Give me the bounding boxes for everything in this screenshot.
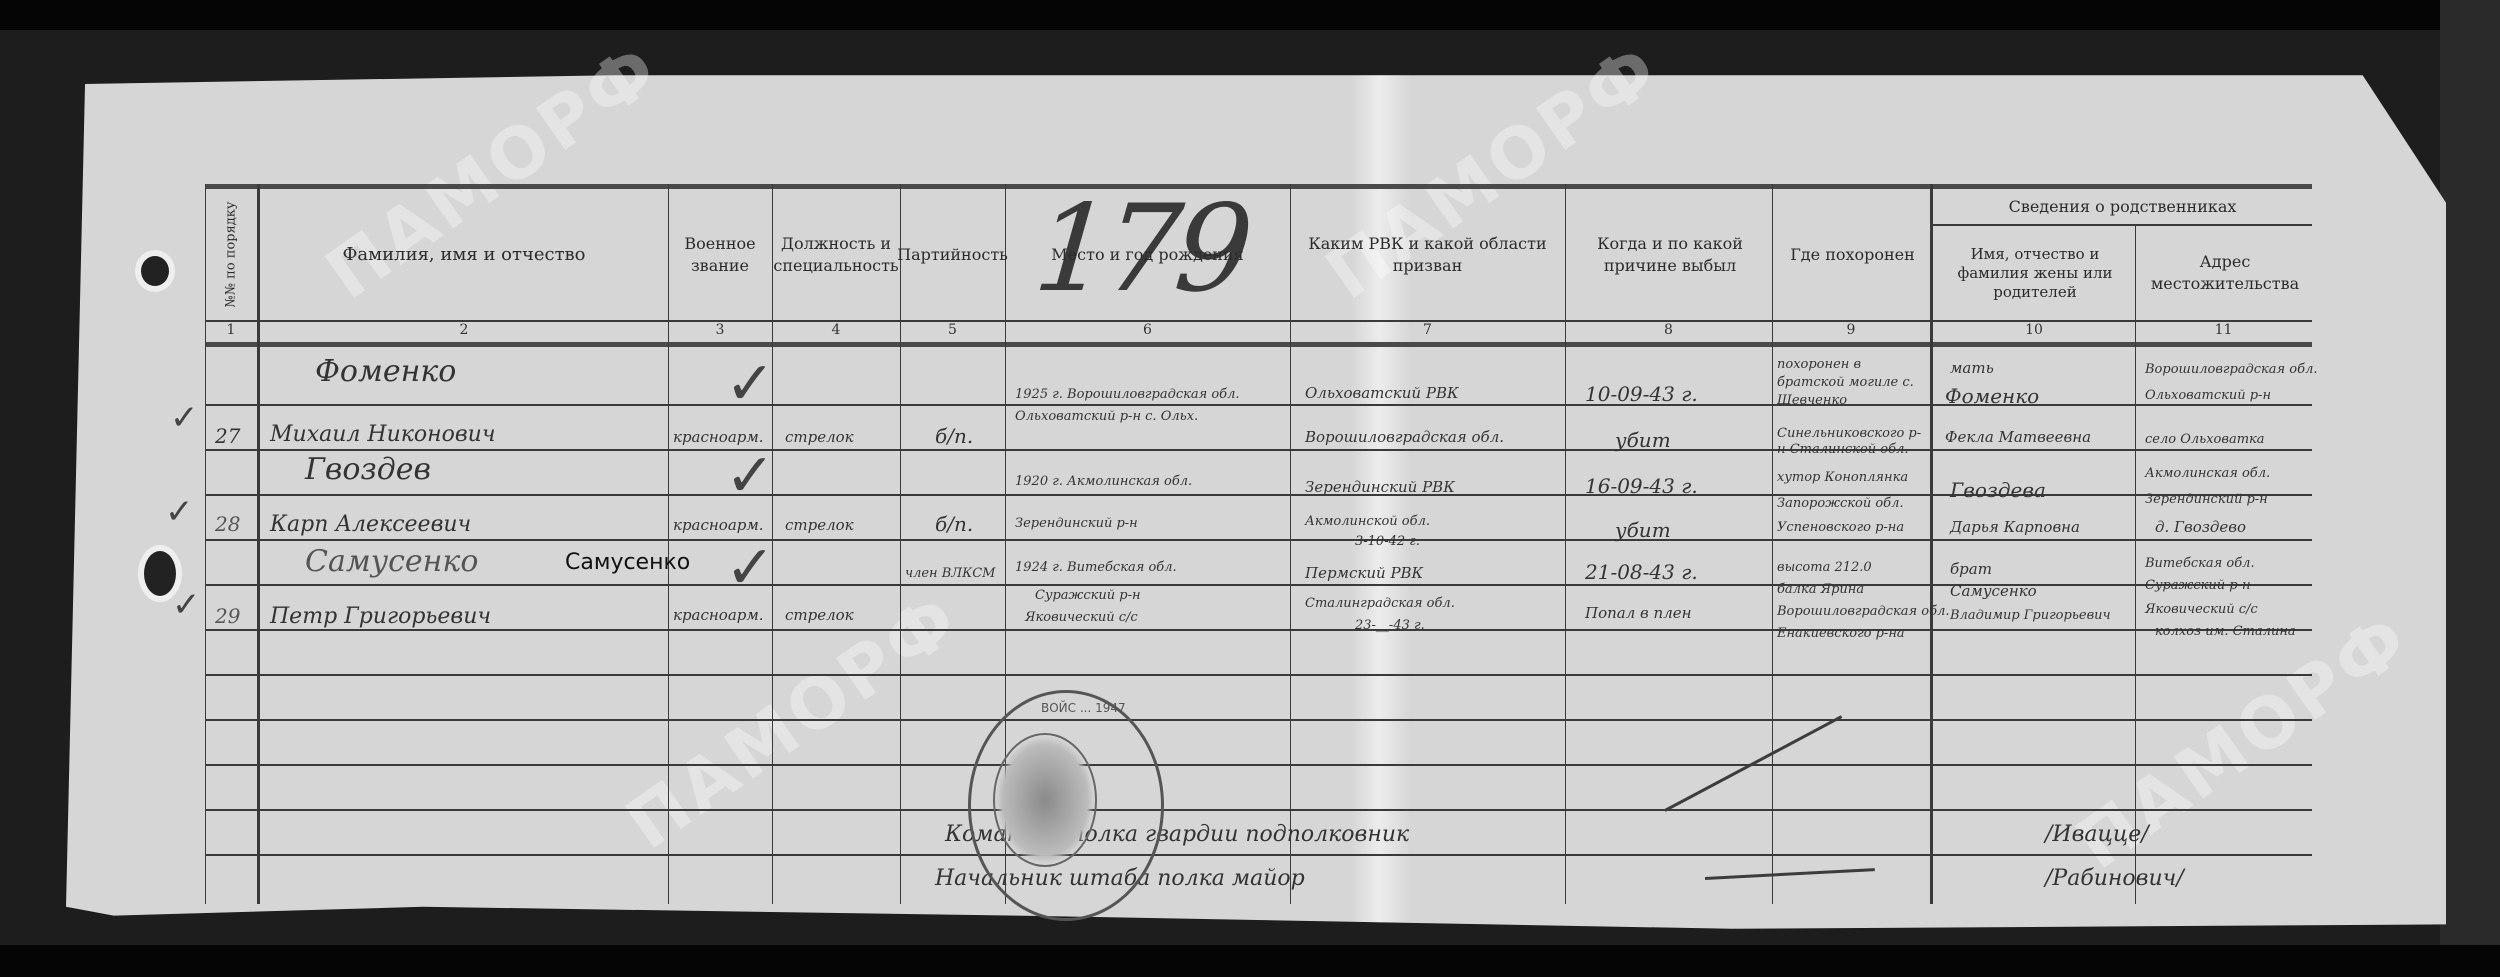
row-rule [205, 809, 2312, 811]
surname: Самусенко [305, 544, 478, 579]
stamp-text: ВОЙС ... 1947 [1041, 701, 1126, 715]
scan-background-right [2440, 0, 2500, 977]
scan-background-bottom [0, 945, 2500, 977]
header-col-6: Место и год рождения [1005, 189, 1290, 320]
col-number: 1 [205, 322, 257, 338]
burial-place-4: Енакиевского р-на [1777, 626, 1905, 641]
col-number: 5 [900, 322, 1005, 338]
burial-place-3: Успеновского р-на [1777, 520, 1904, 535]
position: стрелок [785, 606, 854, 624]
check-mark-icon: ✓ [725, 354, 775, 414]
surname: Гвоздев [305, 452, 431, 487]
relative-name: Дарья Карповна [1950, 518, 2080, 536]
position: стрелок [785, 516, 854, 534]
rvk: Пермский РВК [1305, 564, 1423, 582]
row-rule [205, 719, 2312, 721]
personnel-table: №№ по порядку Фамилия, имя и отчество Во… [205, 184, 2312, 924]
row-number: 27 [215, 424, 240, 448]
chief-signature [1705, 868, 1875, 880]
full-name: Петр Григорьевич [270, 604, 491, 629]
margin-check-icon: ✓ [172, 585, 201, 625]
header-col-9: Где похоронен [1785, 189, 1920, 320]
address-2: Ольховатский р-н [2145, 388, 2271, 403]
header-col-10: Имя, отчество и фамилия жены или родител… [1945, 226, 2125, 320]
col-number: 3 [668, 322, 772, 338]
burial-place: похоронен в братской могиле с. Шевченко [1777, 356, 1927, 410]
check-mark-icon: ✓ [725, 446, 775, 506]
address-3: село Ольховатка [2145, 432, 2265, 447]
birth-place: 1925 г. Ворошиловградская обл. Ольховатс… [1015, 384, 1285, 428]
address-3: Яковический с/с [2145, 602, 2258, 617]
left-reason: Попал в плен [1585, 604, 1692, 622]
relative-surname: Фоменко [1945, 384, 2039, 408]
left-date: 10-09-43 г. [1585, 382, 1698, 406]
col-number: 9 [1772, 322, 1930, 338]
margin-check-icon: ✓ [165, 492, 194, 532]
relative-name: Фекла Матвеевна [1945, 428, 2091, 446]
rvk: Зерендинский РВК [1305, 478, 1455, 496]
rvk: Ольховатский РВК [1305, 384, 1459, 402]
relative-surname: Самусенко [1950, 582, 2037, 600]
address: Витебская обл. [2145, 556, 2255, 571]
col-number: 10 [1933, 322, 2135, 338]
surname-correction: Самусенко [565, 550, 690, 575]
col-number: 4 [772, 322, 900, 338]
punch-hole [135, 250, 175, 292]
header-col-11: Адрес местожительства [2145, 226, 2305, 320]
left-date: 16-09-43 г. [1585, 474, 1698, 498]
relative-name: Владимир Григорьевич [1950, 608, 2111, 623]
header-col-3: Военное звание [668, 189, 772, 320]
left-date: 21-08-43 г. [1585, 560, 1698, 584]
margin-check-icon: ✓ [170, 398, 199, 438]
header-relatives-group: Сведения о родственниках [1933, 189, 2312, 224]
burial-place-3: Ворошиловградская обл. [1777, 604, 1949, 619]
col-number: 7 [1290, 322, 1565, 338]
relative-type: мать [1950, 359, 1994, 377]
address: Акмолинская обл. [2145, 466, 2270, 481]
header-col-7: Каким РВК и какой области призван [1305, 189, 1550, 320]
rank: красноарм. [673, 516, 764, 534]
chief-of-staff-name: /Рабинович/ [2045, 866, 2184, 891]
col-number: 8 [1565, 322, 1772, 338]
address-3: д. Гвоздево [2155, 518, 2246, 536]
row-rule [205, 539, 2312, 541]
col-number: 2 [260, 322, 668, 338]
relative-type: брат [1950, 560, 1992, 578]
birth-place: 1920 г. Акмолинская обл. [1015, 474, 1192, 489]
rvk-date: 3-10-42 г. [1355, 534, 1420, 549]
col-number: 6 [1005, 322, 1290, 338]
birth-council: Яковический с/с [1025, 610, 1138, 625]
position: стрелок [785, 428, 854, 446]
rank: красноарм. [673, 606, 764, 624]
check-mark-icon: ✓ [725, 538, 775, 598]
address-2: Суражский р-н [2145, 578, 2251, 593]
relative-surname: Гвоздева [1950, 478, 2046, 502]
row-rule [205, 449, 2312, 451]
full-name: Михаил Никонович [270, 422, 496, 447]
row-rule [205, 764, 2312, 766]
birth-place: 1924 г. Витебская обл. [1015, 560, 1177, 575]
official-stamp: ВОЙС ... 1947 [968, 690, 1164, 921]
row-rule [205, 674, 2312, 676]
header-col-4: Должность и специальность [772, 189, 900, 320]
row-number: 28 [215, 512, 240, 536]
col-line [1930, 184, 1933, 904]
row-rule [205, 854, 2312, 856]
col-line [1772, 184, 1773, 904]
col-line [1565, 184, 1566, 904]
column-number-divider [205, 342, 2312, 347]
rvk-region: Акмолинской обл. [1305, 514, 1430, 529]
header-col-1: №№ по порядку [205, 189, 257, 320]
rvk-region: Сталинградская обл. [1305, 596, 1455, 611]
header-col-8: Когда и по какой причине выбыл [1580, 189, 1760, 320]
birth-district: Суражский р-н [1035, 588, 1141, 603]
surname: Фоменко [315, 354, 456, 389]
full-name: Карп Алексеевич [270, 512, 471, 537]
commander-name: /Ивацце/ [2045, 822, 2149, 847]
scan-background-top [0, 0, 2500, 30]
left-reason: убит [1615, 518, 1671, 542]
party: б/п. [935, 424, 973, 448]
row-number: 29 [215, 604, 240, 628]
burial-place: хутор Коноплянка [1777, 470, 1908, 485]
address: Ворошиловградская обл. [2145, 362, 2317, 377]
col-number: 11 [2135, 322, 2312, 338]
rvk-region: Ворошиловградская обл. [1305, 428, 1504, 446]
emblem-icon [993, 733, 1097, 867]
rvk-date: 23-__-43 г. [1355, 618, 1425, 633]
row-rule [205, 629, 2312, 631]
left-reason: убит [1615, 428, 1671, 452]
header-col-2: Фамилия, имя и отчество [260, 189, 668, 320]
party: б/п. [935, 512, 973, 536]
col-line [1290, 184, 1291, 904]
birth-district: Зерендинский р-н [1015, 516, 1138, 531]
address-4: колхоз им. Сталина [2155, 624, 2296, 639]
burial-place-2: Запорожской обл. [1777, 496, 1904, 511]
burial-place: высота 212.0 [1777, 560, 1872, 575]
party: член ВЛКСМ [905, 566, 995, 581]
address-2: Зерендинский р-н [2145, 492, 2268, 507]
burial-place-2: Синельниковского р-н Сталинской обл. [1777, 426, 1927, 458]
header-col-5: Партийность [900, 189, 1005, 320]
burial-place-2: балка Ярина [1777, 582, 1864, 597]
